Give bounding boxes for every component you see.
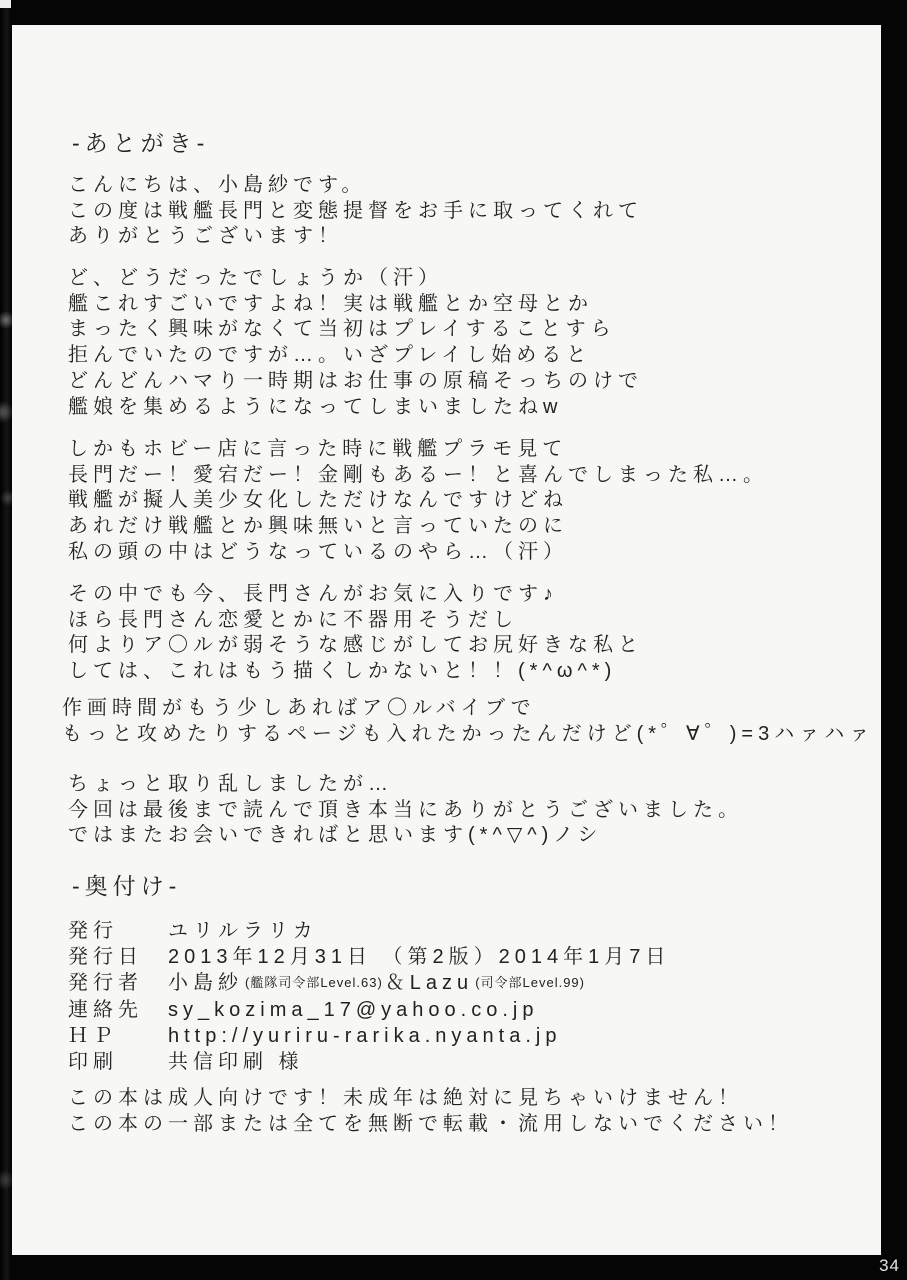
coauthor-level-note: (司令部Level.99) [475,970,585,996]
colophon-label: 連絡先 [68,997,168,1023]
notice-line: この本は成人向けです！未成年は絶対に見ちゃいけません！ [68,1086,793,1112]
printer-name: 共信印刷 様 [168,1049,304,1075]
colophon-value: ユリルラリカ [168,918,318,944]
colophon-label: 発行日 [68,944,168,970]
text-line: こんにちは、小島紗です。 [68,173,643,199]
colophon-label: ＨＰ [68,1023,168,1049]
afterword-title: -あとがき- [72,129,209,157]
author-level-note: (艦隊司令部Level.63) [245,970,383,996]
colophon-row-contact: 連絡先 sy_kozima_17@yahoo.co.jp [68,997,670,1023]
colophon-title: -奥付け- [72,872,181,900]
colophon-row-publish-date: 発行日 2013年12月31日 （第2版）2014年1月7日 [68,944,670,970]
text-line: ほら長門さん恋愛とかに不器用そうだし [68,608,643,634]
colophon-value: 2013年12月31日 （第2版）2014年1月7日 [168,944,670,970]
scan-edge-texture [0,0,12,1280]
text-line: ではまたお会いできればと思います(*^▽^)ノシ [68,823,743,849]
notice-line: この本の一部または全てを無断で転載・流用しないでください！ [68,1112,793,1138]
text-line: 拒んでいたのですが…。いざプレイし始めると [68,343,643,369]
text-line: 艦これすごいですよね！実は戦艦とか空母とか [68,292,643,318]
text-line: どんどんハマり一時期はお仕事の原稿そっちのけで [68,369,643,395]
contact-email: sy_kozima_17@yahoo.co.jp [168,997,538,1023]
text-line: まったく興味がなくて当初はプレイすることすら [68,317,643,343]
colophon-row-publisher: 発行 ユリルラリカ [68,918,670,944]
colophon-row-author: 発行者 小島紗 (艦隊司令部Level.63) ＆Lazu (司令部Level.… [68,970,670,996]
colophon-table: 発行 ユリルラリカ 発行日 2013年12月31日 （第2版）2014年1月7日… [68,918,670,1075]
text-line: ありがとうございます！ [68,224,643,250]
text-line: ちょっと取り乱しましたが… [68,772,743,798]
text-line: 私の頭の中はどうなっているのやら…（汗） [68,540,768,566]
text-line: しては、これはもう描くしかないと！！(*^ω^*) [68,659,643,685]
homepage-url: http://yuriru-rarika.nyanta.jp [168,1023,561,1049]
page-number: 34 [879,1256,900,1276]
afterword-paragraph-2: ど、どうだったでしょうか（汗） 艦これすごいですよね！実は戦艦とか空母とか まっ… [68,266,643,420]
colophon-row-printer: 印刷 共信印刷 様 [68,1049,670,1075]
text-line: しかもホビー店に言った時に戦艦プラモ見て [68,437,768,463]
text-line: もっと攻めたりするページも入れたかったんだけど(*゜∀゜)=3ハァハァ [62,722,874,748]
text-line: 戦艦が擬人美少女化しただけなんですけどね [68,488,768,514]
text-line: 今回は最後まで読んで頂き本当にありがとうございました。 [68,798,743,824]
colophon-value-coauthor: ＆Lazu [385,970,473,996]
adult-notice: この本は成人向けです！未成年は絶対に見ちゃいけません！ この本の一部または全てを… [68,1086,793,1137]
scan-corner-notch [0,0,11,8]
scanned-book-page: { "afterword": { "title": "-あとがき-", "par… [0,0,907,1280]
afterword-paragraph-3: しかもホビー店に言った時に戦艦プラモ見て 長門だー！愛宕だー！金剛もあるー！と喜… [68,437,768,566]
afterword-paragraph-6: ちょっと取り乱しましたが… 今回は最後まで読んで頂き本当にありがとうございました… [68,772,743,849]
colophon-label: 発行者 [68,970,168,996]
afterword-paragraph-1: こんにちは、小島紗です。 この度は戦艦長門と変態提督をお手に取ってくれて ありが… [68,173,643,250]
colophon-row-homepage: ＨＰ http://yuriru-rarika.nyanta.jp [68,1023,670,1049]
text-line: ど、どうだったでしょうか（汗） [68,266,643,292]
text-line: この度は戦艦長門と変態提督をお手に取ってくれて [68,199,643,225]
text-line: 艦娘を集めるようになってしまいましたねw [68,395,643,421]
text-line: 作画時間がもう少しあればア〇ルバイブで [62,696,874,722]
page-content: -あとがき- こんにちは、小島紗です。 この度は戦艦長門と変態提督をお手に取って… [12,25,881,1255]
text-line: あれだけ戦艦とか興味無いと言っていたのに [68,514,768,540]
text-line: 何よりア〇ルが弱そうな感じがしてお尻好きな私と [68,633,643,659]
text-line: 長門だー！愛宕だー！金剛もあるー！と喜んでしまった私…。 [68,463,768,489]
colophon-label: 印刷 [68,1049,168,1075]
afterword-paragraph-5: 作画時間がもう少しあればア〇ルバイブで もっと攻めたりするページも入れたかったん… [62,696,874,747]
colophon-value-author: 小島紗 [168,970,243,996]
text-line: その中でも今、長門さんがお気に入りです♪ [68,582,643,608]
colophon-label: 発行 [68,918,168,944]
afterword-paragraph-4: その中でも今、長門さんがお気に入りです♪ ほら長門さん恋愛とかに不器用そうだし … [68,582,643,685]
